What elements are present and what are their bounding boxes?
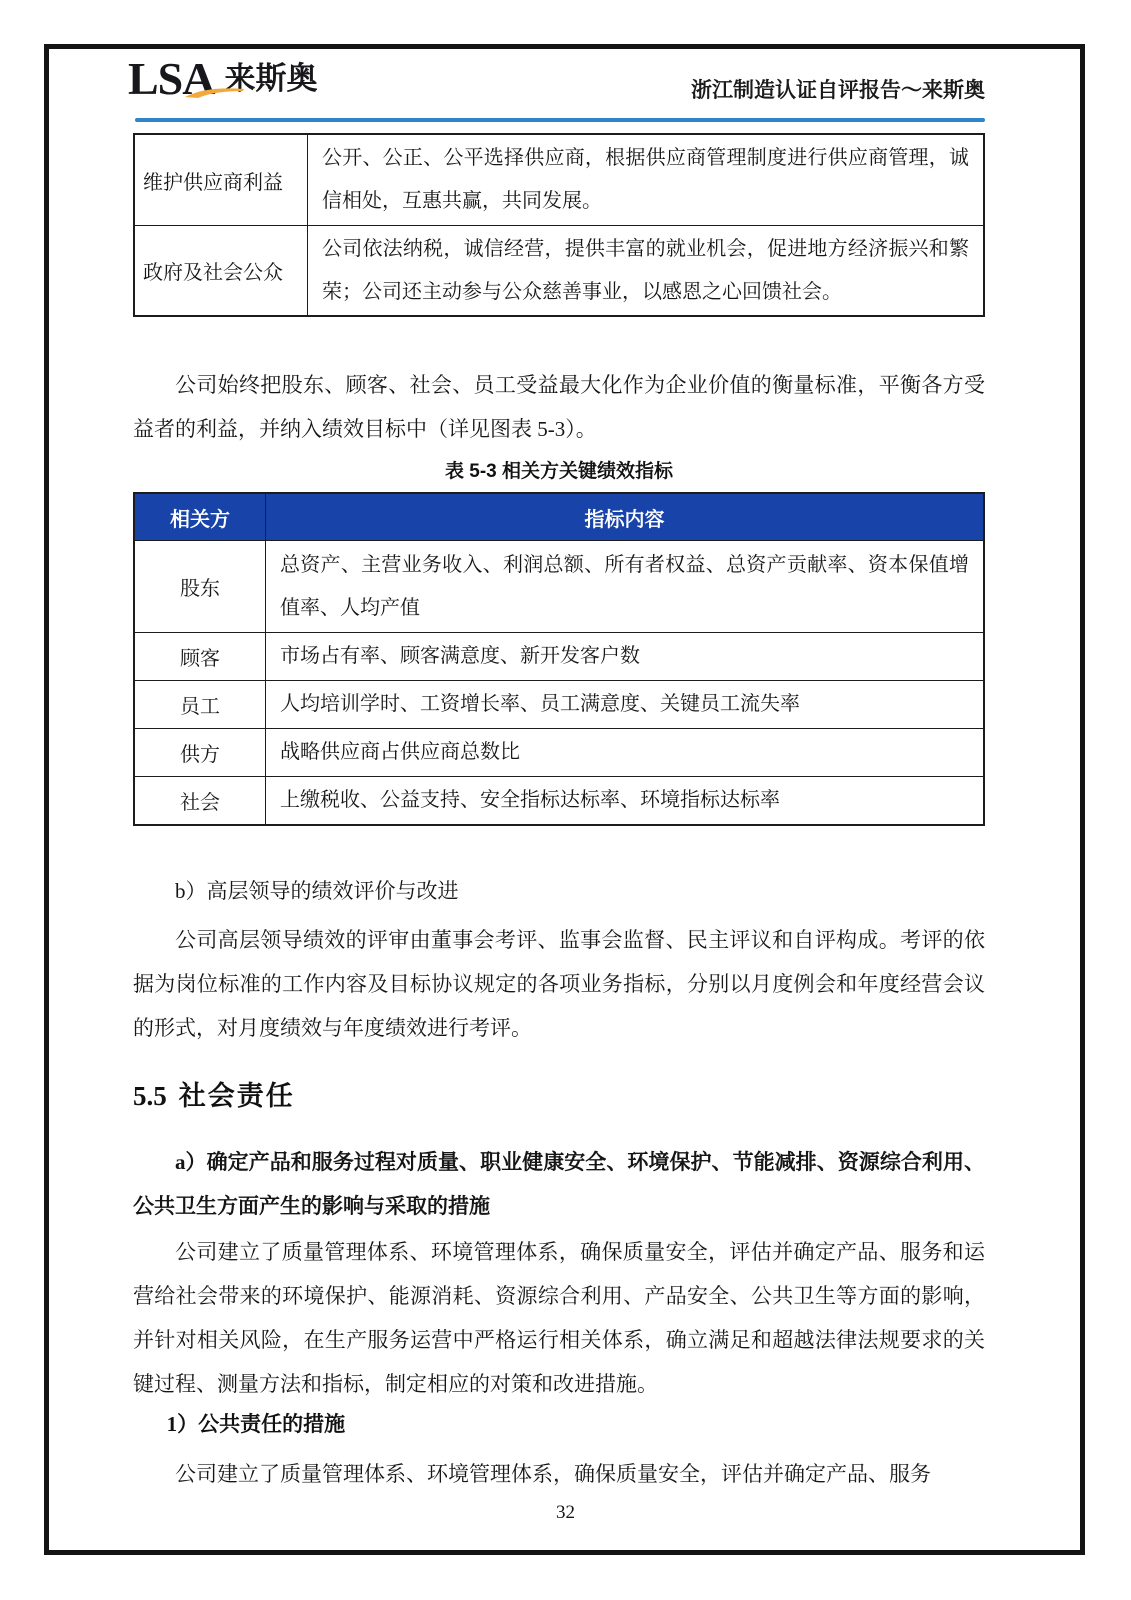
stakeholder-row-content: 公开、公正、公平选择供应商，根据供应商管理制度进行供应商管理，诚信相处，互惠共赢…: [307, 135, 983, 225]
kpi-row-indicators-text: 人均培训学时、工资增长率、员工满意度、关键员工流失率: [280, 683, 800, 726]
kpi-row-indicators: 总资产、主营业务收入、利润总额、所有者权益、总资产贡献率、资本保值增值率、人均产…: [265, 540, 983, 632]
header-rule: [135, 118, 985, 122]
stakeholder-row-content-text: 公司依法纳税，诚信经营，提供丰富的就业机会，促进地方经济振兴和繁荣；公司还主动参…: [322, 228, 969, 314]
intro-paragraph: 公司始终把股东、顾客、社会、员工受益最大化作为企业价值的衡量标准，平衡各方受益者…: [133, 363, 985, 451]
document-page: LSA 来斯奥 浙江制造认证自评报告～来斯奥 维护供应商利益 公开、公正、公平选…: [0, 0, 1131, 1600]
kpi-header-party: 相关方: [135, 494, 265, 540]
section-number: 5.5: [133, 1081, 167, 1112]
kpi-table-caption: 表 5-3 相关方关键绩效指标: [133, 456, 985, 483]
section-5-5-heading: 5.5 社会责任: [133, 1074, 295, 1113]
kpi-row-party: 顾客: [135, 632, 265, 680]
section-title: 社会责任: [179, 1074, 295, 1113]
section-b-paragraph: 公司高层领导绩效的评审由董事会考评、监事会监督、民主评议和自评构成。考评的依据为…: [133, 918, 985, 1050]
kpi-row-party: 股东: [135, 540, 265, 632]
kpi-row-indicators-text: 战略供应商占供应商总数比: [280, 731, 520, 774]
item-1-paragraph: 公司建立了质量管理体系、环境管理体系，确保质量安全，评估并确定产品、服务: [133, 1452, 985, 1496]
stakeholder-row-content-text: 公开、公正、公平选择供应商，根据供应商管理制度进行供应商管理，诚信相处，互惠共赢…: [322, 137, 969, 223]
kpi-row-indicators: 市场占有率、顾客满意度、新开发客户数: [265, 632, 983, 680]
kpi-row-indicators-text: 总资产、主营业务收入、利润总额、所有者权益、总资产贡献率、资本保值增值率、人均产…: [280, 544, 969, 630]
section-b-heading: b）高层领导的绩效评价与改进: [133, 875, 985, 905]
stakeholder-row-label: 维护供应商利益: [135, 135, 307, 225]
page-number: 32: [0, 1502, 1131, 1524]
stakeholder-table: 维护供应商利益 公开、公正、公平选择供应商，根据供应商管理制度进行供应商管理，诚…: [133, 133, 985, 317]
stakeholder-row-label: 政府及社会公众: [135, 225, 307, 315]
kpi-row-party: 社会: [135, 776, 265, 824]
item-1-heading: 1）公共责任的措施: [133, 1408, 985, 1438]
doc-title: 浙江制造认证自评报告～来斯奥: [691, 74, 985, 104]
kpi-row-party: 供方: [135, 728, 265, 776]
kpi-row-indicators-text: 上缴税收、公益支持、安全指标达标率、环境指标达标率: [280, 779, 780, 822]
logo-lsa-text: LSA: [128, 56, 214, 102]
logo-chinese-text: 来斯奥: [224, 56, 317, 102]
kpi-row-indicators: 人均培训学时、工资增长率、员工满意度、关键员工流失率: [265, 680, 983, 728]
kpi-table: 相关方 指标内容 股东 总资产、主营业务收入、利润总额、所有者权益、总资产贡献率…: [133, 492, 985, 826]
kpi-row-indicators-text: 市场占有率、顾客满意度、新开发客户数: [280, 635, 640, 678]
social-duty-paragraph: 公司建立了质量管理体系、环境管理体系，确保质量安全，评估并确定产品、服务和运营给…: [133, 1230, 985, 1406]
stakeholder-row-content: 公司依法纳税，诚信经营，提供丰富的就业机会，促进地方经济振兴和繁荣；公司还主动参…: [307, 225, 983, 315]
kpi-row-indicators: 战略供应商占供应商总数比: [265, 728, 983, 776]
item-a-heading: a）确定产品和服务过程对质量、职业健康安全、环境保护、节能减排、资源综合利用、公…: [133, 1140, 985, 1228]
company-logo: LSA 来斯奥: [128, 56, 317, 108]
kpi-header-indicators: 指标内容: [265, 494, 983, 540]
kpi-row-party: 员工: [135, 680, 265, 728]
kpi-row-indicators: 上缴税收、公益支持、安全指标达标率、环境指标达标率: [265, 776, 983, 824]
